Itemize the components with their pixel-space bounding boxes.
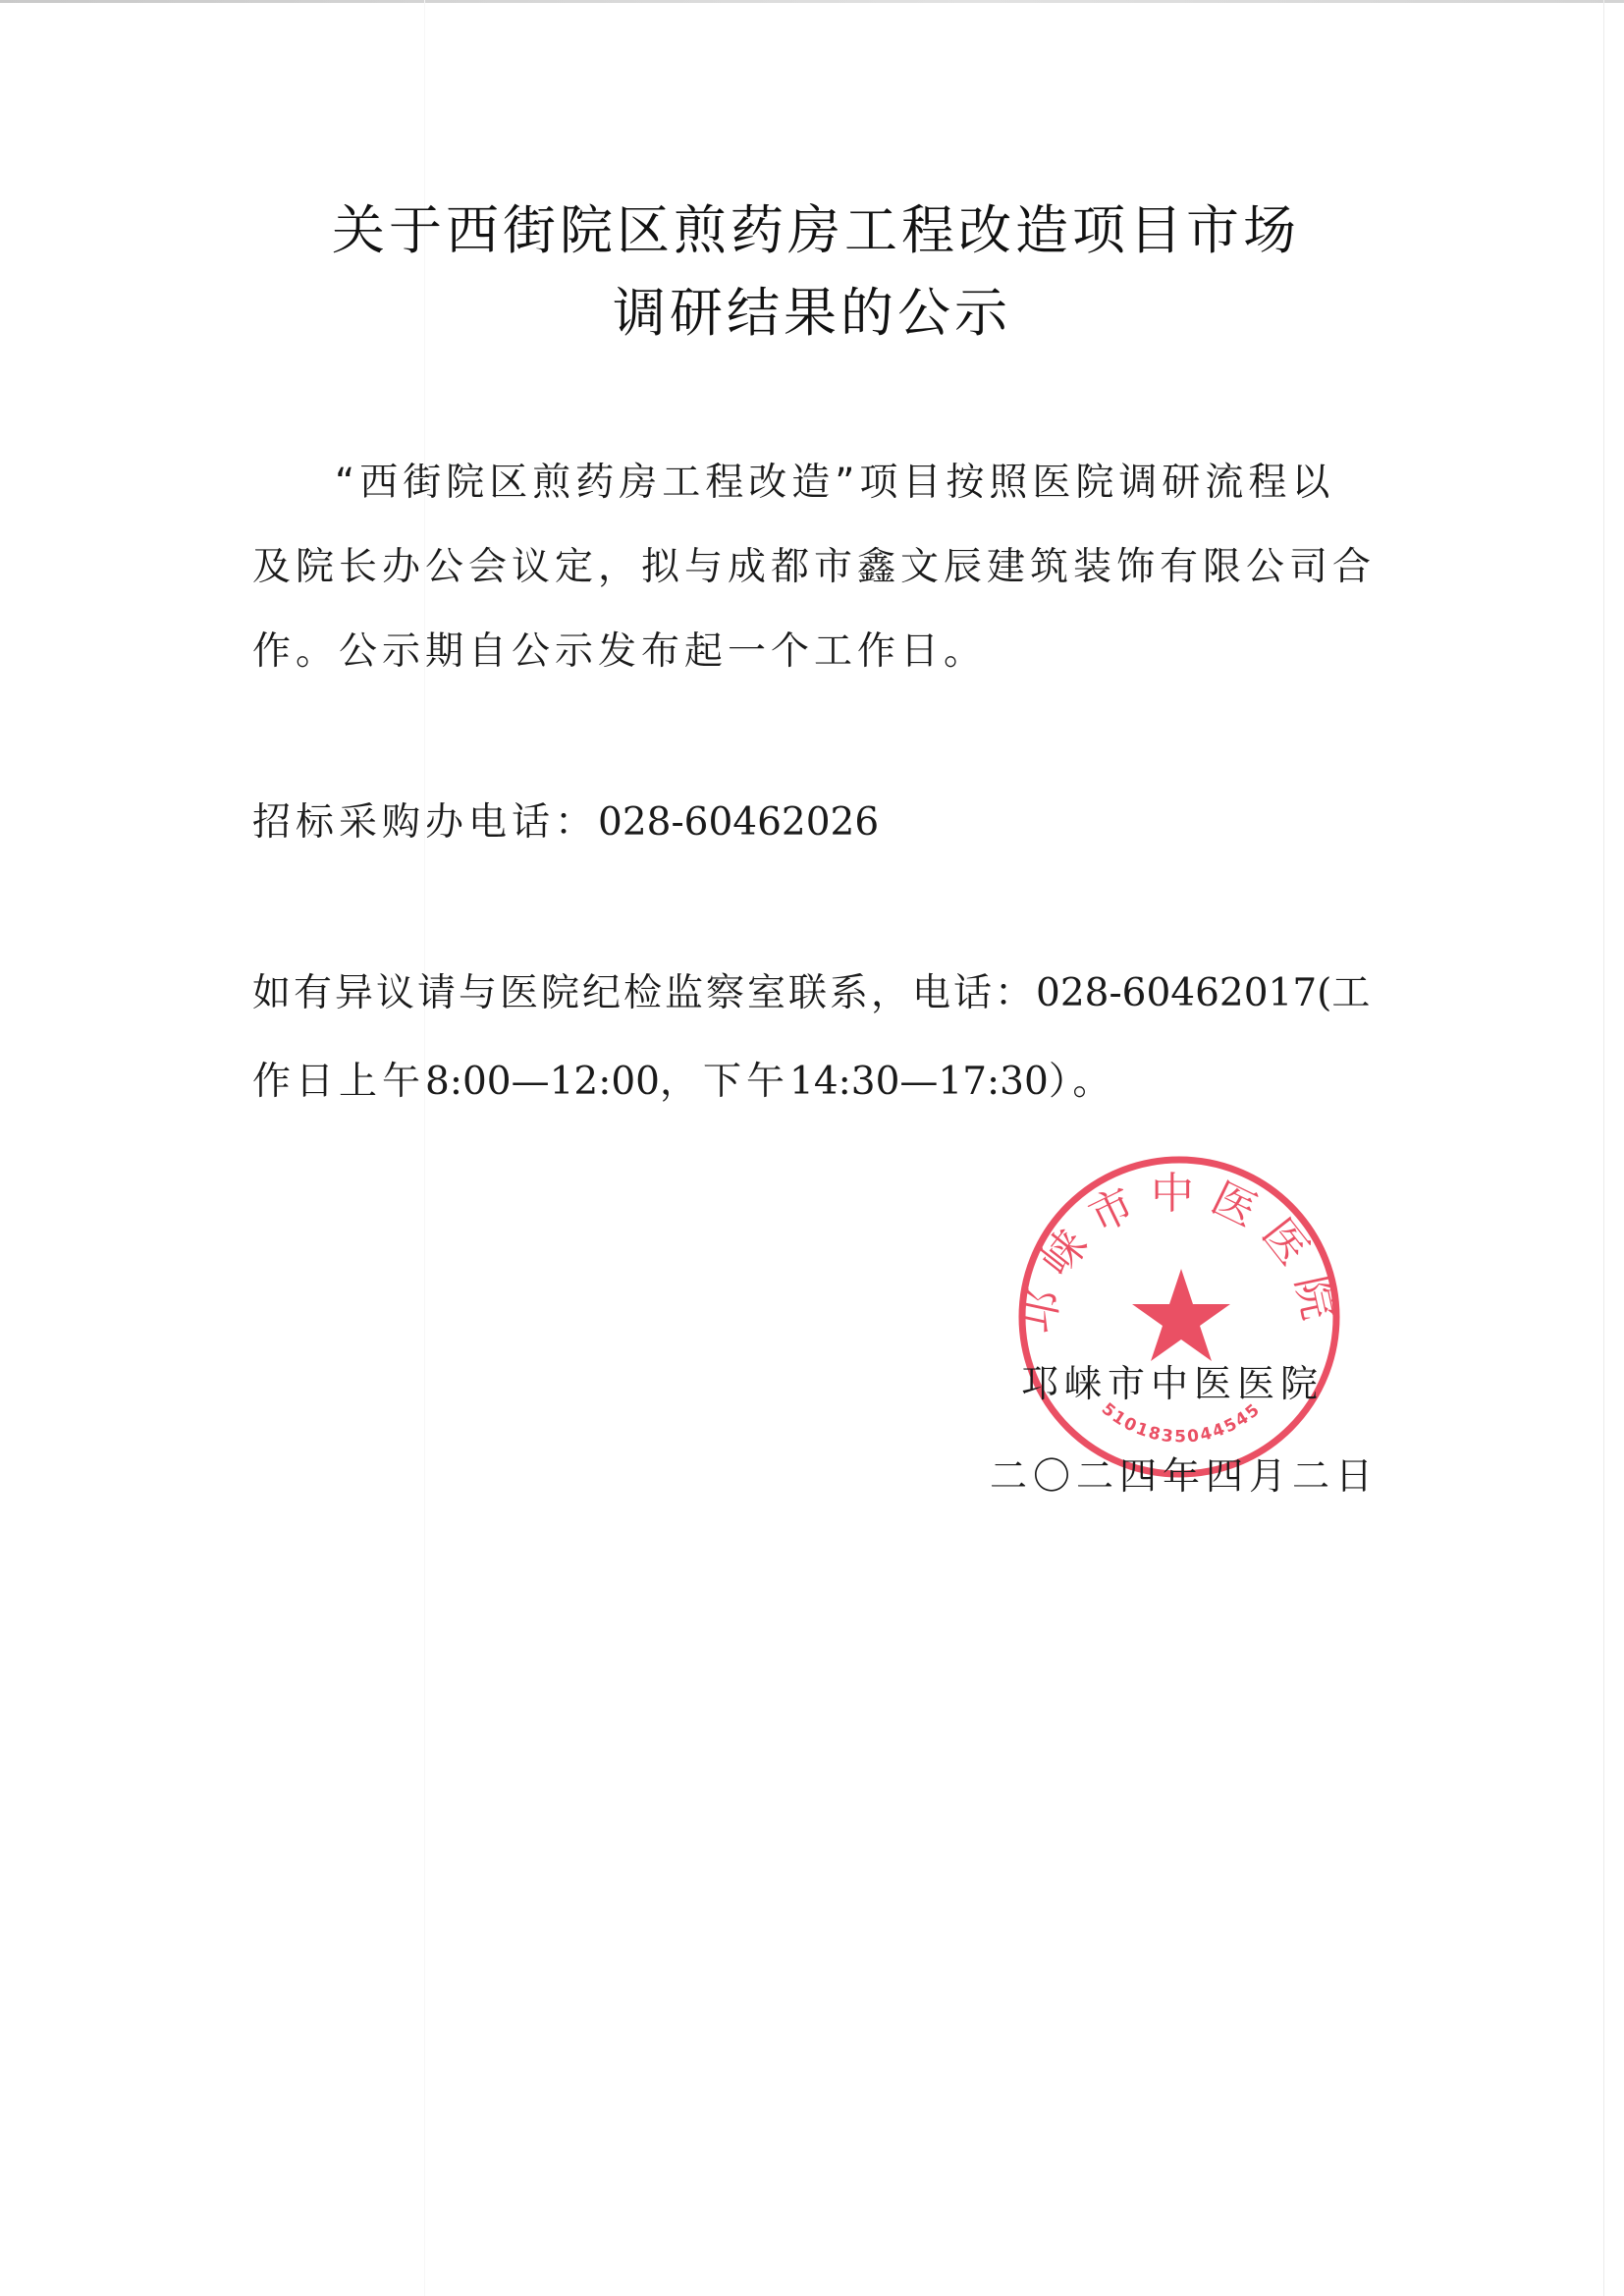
hours-prefix: 作日上午 [252,1060,425,1104]
paragraph-line: “西街院区煎药房工程改造”项目按照医院调研流程以 [252,464,1474,502]
scan-edge [0,0,1624,3]
paragraph-text: 作。公示期自公示发布起一个工作日。 [252,629,987,674]
procurement-phone-label: 招标采购办电话： [252,800,598,845]
morning-hours: 8:00—12:00 [425,1060,660,1104]
hours-mid: ，下午 [660,1060,789,1104]
paragraph-line: 及院长办公会议定，拟与成都市鑫文辰建筑装饰有限公司合 [252,548,1391,586]
procurement-phone-line: 招标采购办电话：028-60462026 [252,803,1391,842]
discipline-phone-number: 028-60462017( [1036,971,1331,1015]
objection-hours-line: 作日上午8:00—12:00，下午14:30—17:30）。 [252,1063,1391,1101]
objection-line: 如有异议请与医院纪检监察室联系，电话：028-60462017(工 [252,974,1391,1012]
star-icon [1132,1269,1230,1361]
paragraph-text: 及院长办公会议定，拟与成都市鑫文辰建筑装饰有限公司合 [252,545,1376,589]
objection-text-tail: 工 [1331,971,1373,1015]
afternoon-hours: 14:30—17:30 [789,1060,1049,1104]
document-title-line-2: 调研结果的公示 [0,287,1624,340]
document-title-line-1: 关于西街院区煎药房工程改造项目市场 [4,204,1624,257]
paragraph-text: “西街院区煎药房工程改造”项目按照医院调研流程以 [335,461,1334,505]
paragraph-line: 作。公示期自公示发布起一个工作日。 [252,632,1391,671]
official-seal: 邛崃市中医医院 5101835044545 [1012,1149,1346,1483]
hours-suffix: ）。 [1049,1060,1116,1104]
objection-text: 如有异议请与医院纪检监察室联系，电话： [252,971,1036,1015]
scan-artifact-line [1603,0,1604,2296]
issue-date: 二〇二四年四月二日 [990,1457,1379,1495]
scan-artifact-line [424,0,425,2296]
procurement-phone-number: 028-60462026 [598,800,879,845]
seal-code-text: 5101835044545 [1098,1399,1266,1448]
issuer-signature: 邛崃市中医医院 [1021,1365,1324,1402]
